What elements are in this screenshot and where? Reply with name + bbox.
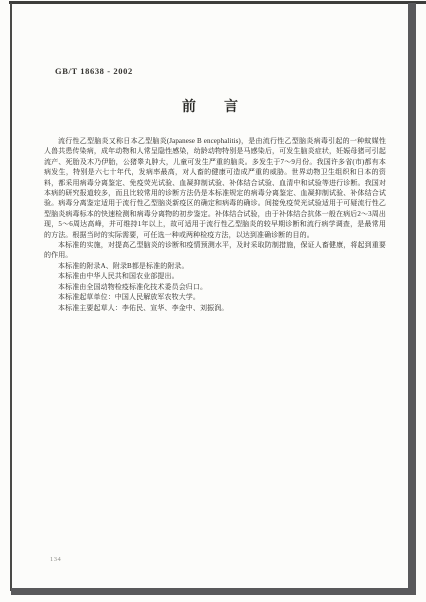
- scan-border-top: [9, 1, 426, 4]
- scan-border-left: [10, 3, 12, 591]
- document-page: GB/T 18638 - 2002 前 言 流行性乙型脑炎又称日本乙型脑炎(Ja…: [0, 0, 426, 602]
- page-number: 134: [50, 556, 61, 563]
- standard-code-header: GB/T 18638 - 2002: [55, 66, 133, 76]
- scan-border-bottom: [11, 588, 409, 595]
- scan-border-right: [408, 3, 416, 595]
- foreword-body: 流行性乙型脑炎又称日本乙型脑炎(Japanese B encephalitis)…: [44, 136, 386, 313]
- foreword-paragraph: 本标准由全国动物检疫标准化技术委员会归口。: [44, 282, 386, 292]
- foreword-paragraph: 本标准主要起草人：李佑民、宣华、李金中、刘振润。: [44, 303, 386, 313]
- foreword-paragraph: 流行性乙型脑炎又称日本乙型脑炎(Japanese B encephalitis)…: [44, 136, 386, 240]
- foreword-paragraph: 本标准起草单位：中国人民解放军农牧大学。: [44, 292, 386, 302]
- foreword-paragraph: 本标准由中华人民共和国农业部提出。: [44, 271, 386, 281]
- foreword-paragraph: 本标准的附录A、附录B都是标准的附录。: [44, 261, 386, 271]
- foreword-paragraph: 本标准的实施，对提高乙型脑炎的诊断和疫情预测水平，及时采取防制措施，保证人畜健康…: [44, 240, 386, 261]
- page-title: 前 言: [0, 96, 420, 116]
